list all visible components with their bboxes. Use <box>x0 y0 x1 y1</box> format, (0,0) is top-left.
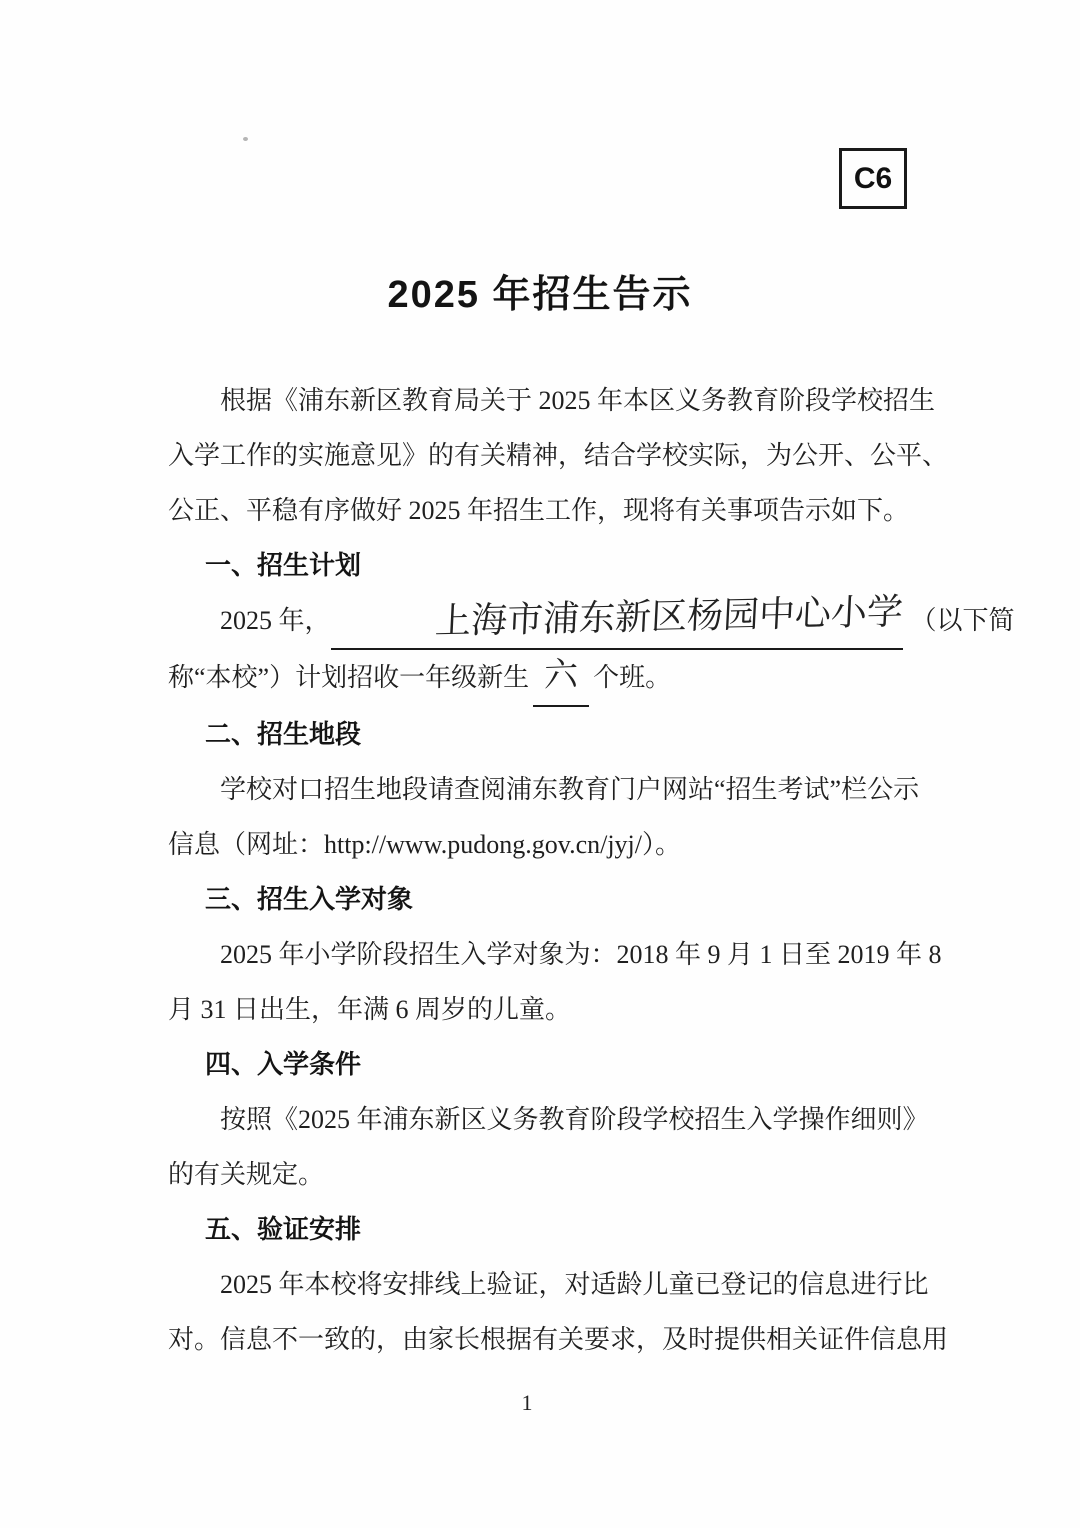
section4-line-1: 按照《2025 年浦东新区义务教育阶段学校招生入学操作细则》 <box>168 1092 912 1147</box>
section2-heading: 二、招生地段 <box>168 707 912 762</box>
section1-line-2: 称“本校”）计划招收一年级新生六个班。 <box>168 650 912 707</box>
section4-line-2: 的有关规定。 <box>168 1147 912 1202</box>
section1-line1-prefix: 2025 年， <box>220 606 331 635</box>
form-code-label: C6 <box>854 162 892 196</box>
section2-line-2: 信息（网址：http://www.pudong.gov.cn/jyj/）。 <box>168 817 912 872</box>
document-body: 2025 年招生告示 根据《浦东新区教育局关于 2025 年本区义务教育阶段学校… <box>168 268 912 1367</box>
school-name-handwriting: 上海市浦东新区杨园中心小学 <box>382 594 904 643</box>
section5-heading: 五、验证安排 <box>168 1202 912 1257</box>
section5-line-2: 对。信息不一致的，由家长根据有关要求，及时提供相关证件信息用 <box>168 1312 912 1367</box>
intro-line-1: 根据《浦东新区教育局关于 2025 年本区义务教育阶段学校招生 <box>168 373 912 428</box>
section2-line-1: 学校对口招生地段请查阅浦东教育门户网站“招生考试”栏公示 <box>168 762 912 817</box>
school-name-blank-line: 上海市浦东新区杨园中心小学 <box>331 593 903 650</box>
document-title: 2025 年招生告示 <box>168 268 912 323</box>
section1-line-1: 2025 年，上海市浦东新区杨园中心小学（以下简 <box>168 593 912 650</box>
class-count-blank-line: 六 <box>533 650 589 707</box>
section4-heading: 四、入学条件 <box>168 1037 912 1092</box>
section1-line2-prefix: 称“本校”）计划招收一年级新生 <box>168 663 529 692</box>
section1-line2-suffix: 个班。 <box>593 663 671 692</box>
section5-line-1: 2025 年本校将安排线上验证，对适龄儿童已登记的信息进行比 <box>168 1257 912 1312</box>
class-count-handwriting: 六 <box>544 657 579 694</box>
scan-artifact-dot <box>243 137 248 141</box>
document-page: C6 2025 年招生告示 根据《浦东新区教育局关于 2025 年本区义务教育阶… <box>0 0 1080 1528</box>
intro-line-3: 公正、平稳有序做好 2025 年招生工作，现将有关事项告示如下。 <box>168 483 912 538</box>
page-number: 1 <box>0 1390 1054 1416</box>
section1-heading: 一、招生计划 <box>168 538 912 593</box>
section1-line1-suffix: （以下简 <box>911 606 1015 635</box>
form-code-box: C6 <box>839 148 907 209</box>
section3-line-2: 月 31 日出生，年满 6 周岁的儿童。 <box>168 982 912 1037</box>
section3-heading: 三、招生入学对象 <box>168 872 912 927</box>
intro-line-2: 入学工作的实施意见》的有关精神，结合学校实际，为公开、公平、 <box>168 428 912 483</box>
section3-line-1: 2025 年小学阶段招生入学对象为：2018 年 9 月 1 日至 2019 年… <box>168 927 912 982</box>
